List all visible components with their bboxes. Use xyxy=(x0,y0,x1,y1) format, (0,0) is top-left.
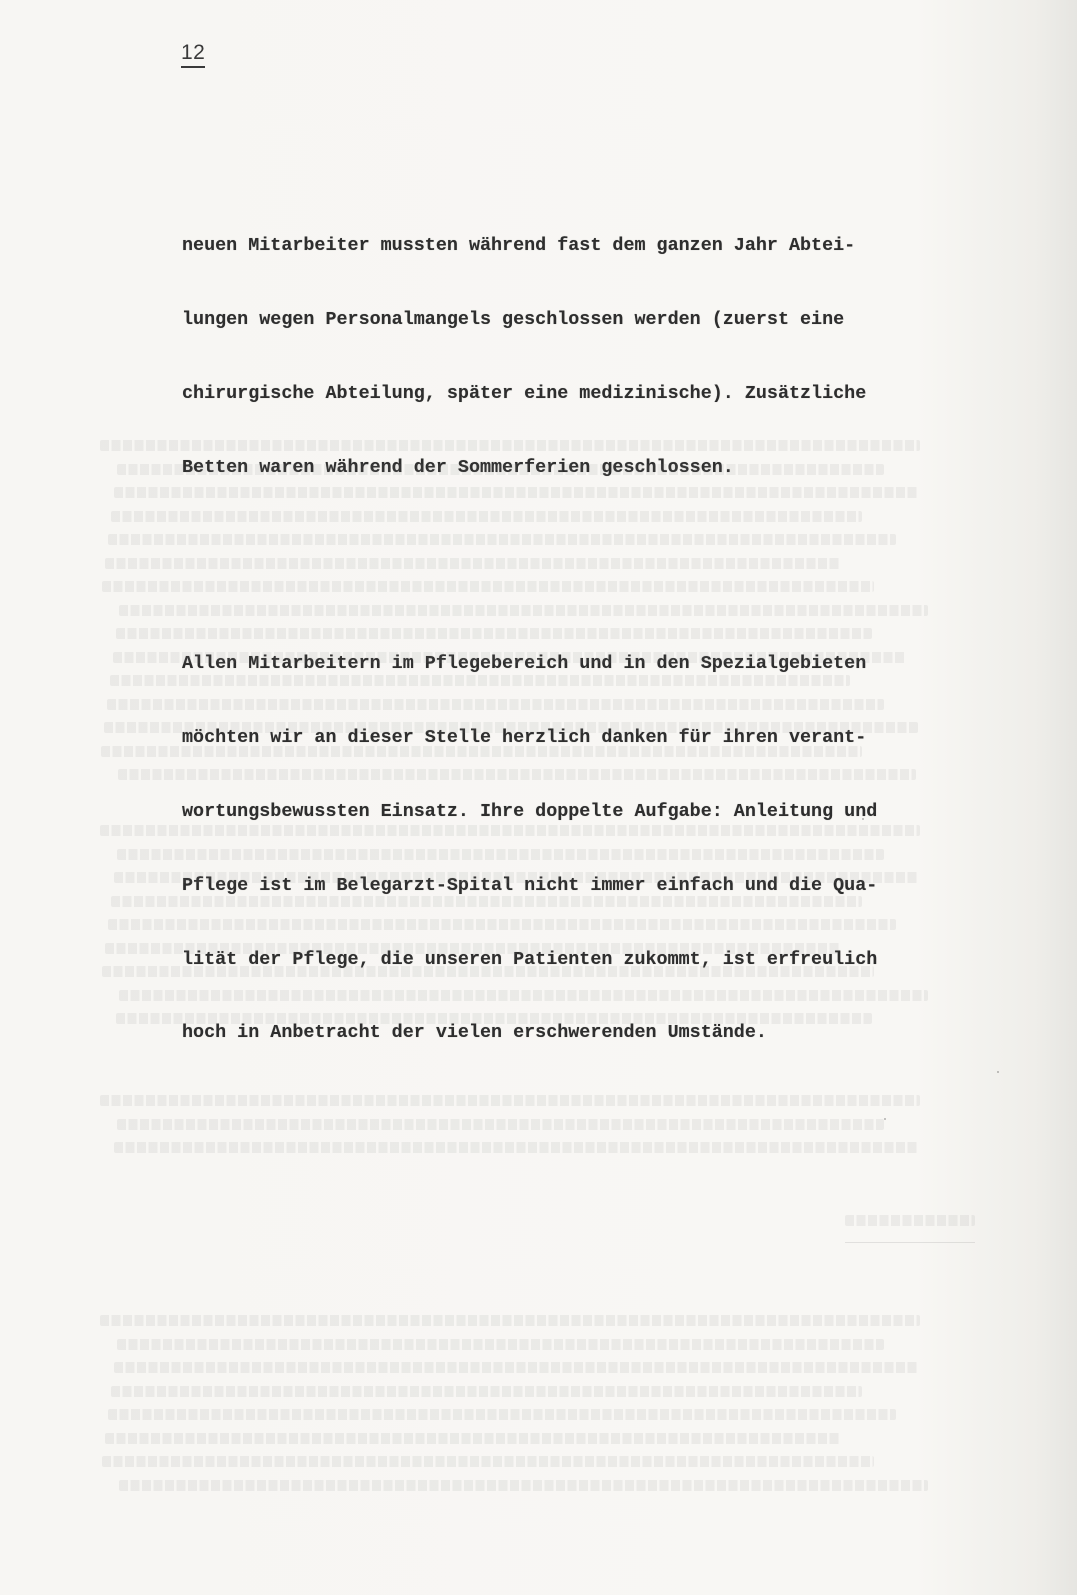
paper-speck xyxy=(862,818,864,820)
bleed-line xyxy=(102,1456,874,1467)
page-number: 12 xyxy=(181,42,205,68)
bleed-line xyxy=(100,1315,920,1326)
bleed-line xyxy=(105,1433,840,1444)
text-line: Pflege ist im Belegarzt-Spital nicht imm… xyxy=(182,874,1062,899)
text-line: Betten waren während der Sommerferien ge… xyxy=(182,456,1062,481)
bleed-line xyxy=(108,1409,896,1420)
paragraph-thanks: Allen Mitarbeitern im Pflegebereich und … xyxy=(182,603,1062,1095)
text-line: neuen Mitarbeiter mussten während fast d… xyxy=(182,234,1062,259)
text-line: lität der Pflege, die unseren Patienten … xyxy=(182,948,1062,973)
text-line: lungen wegen Personalmangels geschlossen… xyxy=(182,308,1062,333)
document-page: 12 neuen Mitarbeiter mussten während fas… xyxy=(0,0,1077,1595)
bleed-line xyxy=(119,1480,928,1491)
paper-speck xyxy=(997,1071,999,1073)
bleed-line xyxy=(845,1215,975,1226)
text-line: wortungsbewussten Einsatz. Ihre doppelte… xyxy=(182,800,1062,825)
bleed-line xyxy=(111,1386,862,1397)
text-line: Allen Mitarbeitern im Pflegebereich und … xyxy=(182,652,1062,677)
bleed-line xyxy=(114,1362,918,1373)
bleed-rule xyxy=(845,1242,975,1243)
bleed-line xyxy=(117,1339,884,1350)
paragraph-ward-closures: neuen Mitarbeiter mussten während fast d… xyxy=(182,185,1062,529)
text-line: chirurgische Abteilung, später eine medi… xyxy=(182,382,1062,407)
body-text: neuen Mitarbeiter mussten während fast d… xyxy=(182,136,1062,1169)
text-line: hoch in Anbetracht der vielen erschweren… xyxy=(182,1021,1062,1046)
text-line: möchten wir an dieser Stelle herzlich da… xyxy=(182,726,1062,751)
paper-speck xyxy=(884,1118,886,1120)
